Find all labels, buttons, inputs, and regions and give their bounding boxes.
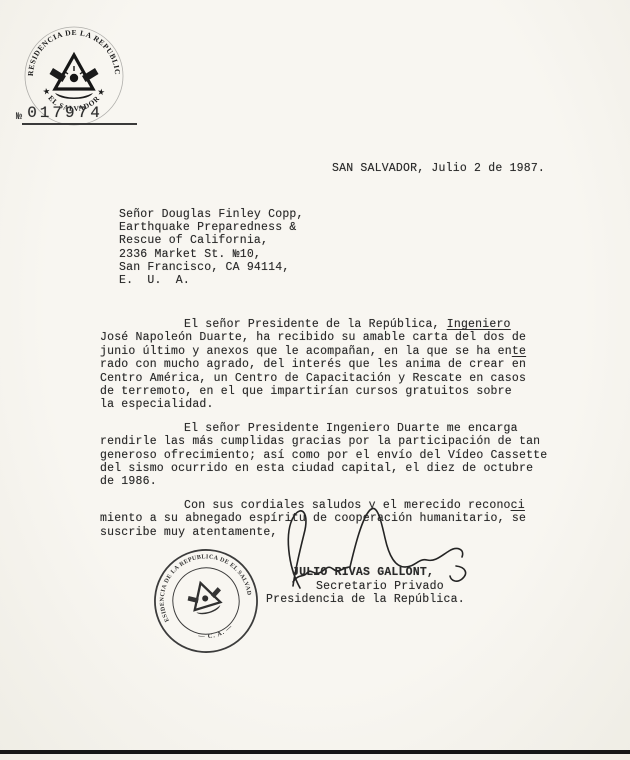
date-line: SAN SALVADOR, Julio 2 de 1987. xyxy=(332,162,545,175)
body-line: del sismo ocurrido en esta ciudad capita… xyxy=(100,462,550,475)
serial-number: 017974 xyxy=(22,104,137,125)
paragraph-2: El señor Presidente Ingeniero Duarte me … xyxy=(100,422,550,489)
signature-block: JULIO RIVAS GALLONT, Secretario Privado … xyxy=(266,566,465,607)
recipient-line: Rescue of California, xyxy=(119,234,304,247)
body-line: rado con mucho agrado, del interés que l… xyxy=(100,358,550,371)
body-line: generoso ofrecimiento; así como por el e… xyxy=(100,449,550,462)
signer-org: Presidencia de la República. xyxy=(266,593,465,607)
serial-number-row: № 017974 xyxy=(16,104,137,125)
recipient-line: Earthquake Preparedness & xyxy=(119,221,304,234)
body-line: la especialidad. xyxy=(100,398,550,411)
stamp-bottom-text: — C. A. — xyxy=(195,622,236,645)
svg-text:— C. A. —: — C. A. — xyxy=(195,622,236,645)
scan-edge-artifact xyxy=(0,750,630,754)
recipient-line: E. U. A. xyxy=(119,274,304,287)
seal-arc-top-text: PRESIDENCIA DE LA REPUBLICA xyxy=(20,22,122,76)
paragraph-1: El señor Presidente de la República, Ing… xyxy=(100,318,550,412)
svg-text:PRESIDENCIA DE LA REPUBLICA: PRESIDENCIA DE LA REPUBLICA xyxy=(20,22,122,76)
recipient-line: 2336 Market St. №10, xyxy=(119,248,304,261)
recipient-address: Señor Douglas Finley Copp, Earthquake Pr… xyxy=(119,208,304,287)
scanned-letter-page: PRESIDENCIA DE LA REPUBLICA ★ EL SALVADO… xyxy=(0,0,630,760)
body-line: rendirle las más cumplidas gracias por l… xyxy=(100,435,550,448)
coat-of-arms xyxy=(50,55,99,99)
body-line: José Napoleón Duarte, ha recibido su ama… xyxy=(100,331,550,344)
body-line: de terremoto, en el que impartirían curs… xyxy=(100,385,550,398)
body-line: El señor Presidente Ingeniero Duarte me … xyxy=(100,422,550,435)
body-line: El señor Presidente de la República, Ing… xyxy=(100,318,550,331)
signer-name: JULIO RIVAS GALLONT, xyxy=(292,566,465,580)
recipient-line: San Francisco, CA 94114, xyxy=(119,261,304,274)
recipient-line: Señor Douglas Finley Copp, xyxy=(119,208,304,221)
stamp-coat-of-arms xyxy=(184,578,227,618)
body-line: junio último y anexos que le acompañan, … xyxy=(100,345,550,358)
signer-title: Secretario Privado xyxy=(316,580,465,594)
body-line: Centro América, un Centro de Capacitació… xyxy=(100,372,550,385)
body-line: de 1986. xyxy=(100,475,550,488)
